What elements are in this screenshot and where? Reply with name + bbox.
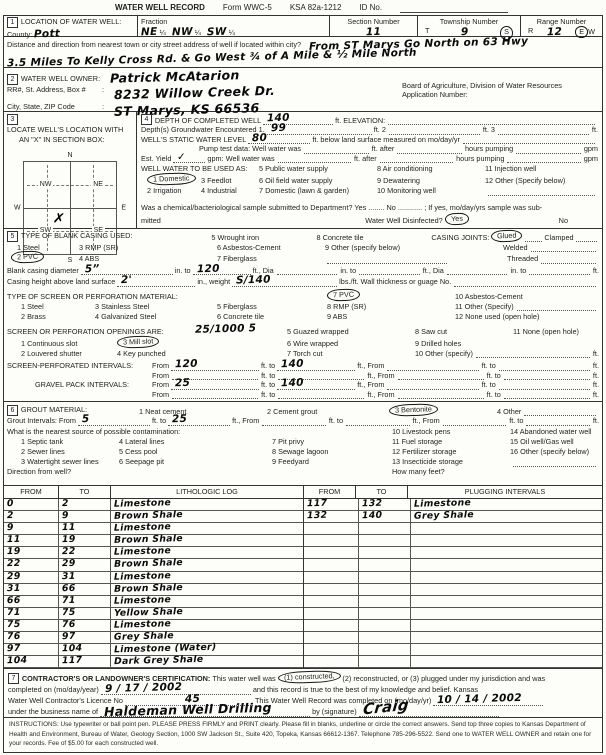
screen-option: 2 Brass <box>7 312 95 321</box>
table-cell <box>411 523 602 534</box>
section-1-title: LOCATION OF WATER WELL: <box>21 17 121 26</box>
table-cell: 76 <box>4 632 59 643</box>
gpi-from-blank: 25 <box>171 381 259 390</box>
table-row <box>304 596 602 608</box>
plug-rows: 117132Limestone132140Grey Shale <box>304 499 602 668</box>
gpi-to-value: 140 <box>281 377 304 391</box>
pump-t2: ft. after <box>372 144 395 153</box>
table-cell-value: 0 <box>7 498 14 510</box>
table-cell-value: 11 <box>62 522 76 534</box>
table-cell <box>411 559 602 570</box>
table-cell-value: 75 <box>7 619 21 631</box>
table-cell <box>304 584 359 595</box>
table-cell-value: 104 <box>7 655 28 668</box>
table-cell: 75 <box>4 620 59 631</box>
grout-option: 1 Neat cement <box>139 407 267 416</box>
screen-option: 6 Concrete tile <box>217 312 327 321</box>
table-cell: 31 <box>59 572 111 583</box>
table-cell-value: 132 <box>307 510 328 523</box>
instructions-text: INSTRUCTIONS: Use typewriter or ball poi… <box>4 718 602 752</box>
ft-to-label: ft. to <box>152 416 166 425</box>
gpi2-from-blank <box>387 381 478 390</box>
table-cell: 66 <box>59 584 111 595</box>
ft-to-label: ft. to <box>487 390 501 399</box>
casing-height-value: 2' <box>121 274 132 288</box>
openings-size-value: 25/1000 5 <box>195 322 257 337</box>
yield-t2: ft. after <box>354 154 377 163</box>
ft-to-label: ft. to <box>261 380 275 389</box>
table-cell: Limestone <box>111 596 303 607</box>
id-number-blank <box>400 5 508 13</box>
disinfected-label: Water Well Disinfected? <box>365 216 442 225</box>
table-cell-value: 132 <box>362 498 383 511</box>
grout-to-blank: 25 <box>168 417 230 426</box>
distance-label: Distance and direction from nearest town… <box>7 40 301 49</box>
grout2-from-blank <box>262 417 326 426</box>
gpi4-from-blank <box>398 390 484 399</box>
diam-t6: ft. <box>593 266 599 275</box>
litho-from-header: FROM <box>4 486 59 498</box>
table-cell <box>304 644 359 655</box>
from-label: From <box>152 371 169 380</box>
static-date-blank <box>463 135 595 144</box>
table-cell-value: Dark Grey Shale <box>114 654 204 668</box>
ft-from-label: ft., From <box>367 371 394 380</box>
well-location-x-mark: ✗ <box>51 209 65 229</box>
section-5-casing: 5TYPE OF BLANK CASING USED: 5 Wrought ir… <box>4 229 602 402</box>
table-cell: Limestone <box>411 499 602 510</box>
use-option: 9 Dewatering <box>377 176 485 185</box>
casing-title: TYPE OF BLANK CASING USED: <box>21 231 133 240</box>
gpi3-from-blank <box>172 390 258 399</box>
plug-intervals-header: PLUGGING INTERVALS <box>408 486 602 498</box>
table-cell <box>359 656 411 667</box>
section-number-label: Section Number <box>347 17 399 26</box>
height-t2: lbs./ft. Wall thickness or guage No. <box>339 277 451 286</box>
plug-to-header: TO <box>356 486 408 498</box>
gpi4-to-blank <box>504 390 590 399</box>
table-cell: 104 <box>59 644 111 655</box>
table-cell <box>359 644 411 655</box>
table-row: 2931Limestone <box>4 572 303 584</box>
ft-to-label: ft. to <box>487 371 501 380</box>
contamination-option: 14 Abandoned water well <box>510 427 592 436</box>
diam-t1: in. to <box>175 266 191 275</box>
elevation-label: ft. ELEVATION: <box>335 116 385 125</box>
section-7-certification: 7 CONTRACTOR'S OR LANDOWNER'S CERTIFICAT… <box>4 669 602 718</box>
signature-blank: Craig <box>359 708 499 717</box>
yield-ft-blank <box>278 154 351 163</box>
est-yield-label: Est. Yield <box>141 154 171 163</box>
ft-to-label: ft. to <box>482 361 496 370</box>
table-cell <box>359 559 411 570</box>
contamination-option: 13 Insecticide storage <box>392 457 510 466</box>
table-cell <box>411 547 602 558</box>
dia2-blank <box>277 266 338 275</box>
contamination-option: 6 Seepage pit <box>119 457 272 466</box>
opening-option: 2 Louvered shutter <box>7 349 117 358</box>
table-cell <box>411 596 602 607</box>
table-cell <box>359 632 411 643</box>
grout-other-blank <box>524 407 596 416</box>
table-cell: 29 <box>59 559 111 570</box>
opening-option: 10 Other (specify) <box>415 349 473 358</box>
screen-option: 12 None used (open hole) <box>455 312 539 321</box>
screen-option: 3 Stainless Steel <box>95 302 217 311</box>
contamination-option: 5 Cess pool <box>119 447 272 456</box>
ft-label: ft. <box>593 371 599 380</box>
table-cell <box>359 596 411 607</box>
table-cell-value: 75 <box>62 607 76 619</box>
dia3-blank <box>447 266 508 275</box>
fraction-cell: Fraction NE ¼ NW ¼ SW ¼ <box>137 16 329 36</box>
table-cell-value: 117 <box>62 655 83 668</box>
section-6-grout: 6GROUT MATERIAL: 1 Neat cement 2 Cement … <box>4 402 602 486</box>
screen-option: 9 ABS <box>327 312 455 321</box>
table-cell: 117 <box>59 656 111 667</box>
township-cell: Township Number T 9 S <box>417 16 520 36</box>
ft-to-label: ft. to <box>329 416 343 425</box>
screen-material-title: TYPE OF SCREEN OR PERFORATION MATERIAL: <box>7 292 327 301</box>
grout-from-blank: 5 <box>78 417 150 426</box>
contamination-option: 3 Watertight sewer lines <box>7 457 119 466</box>
compass-east-label: E <box>121 204 126 213</box>
table-cell <box>411 620 602 631</box>
table-cell: 132 <box>359 499 411 510</box>
spi-from-value: 120 <box>175 358 198 372</box>
height-t1: in., weight <box>197 277 230 286</box>
compass-center-horizontal-line <box>24 208 116 209</box>
contamination-option: 16 Other (specify below) <box>510 447 589 456</box>
table-cell: Brown Shale <box>111 535 303 546</box>
static-level-label: WELL'S STATIC WATER LEVEL <box>141 135 246 144</box>
yield-gpm-blank <box>507 154 580 163</box>
table-cell: Brown Shale <box>111 584 303 595</box>
casing-option: 7 Fiberglass <box>217 254 325 263</box>
groundwater-3-label: ft. 3 <box>483 125 495 134</box>
table-cell: Limestone <box>111 523 303 534</box>
ft-label: ft. <box>593 380 599 389</box>
section-1-location: 1LOCATION OF WATER WELL: County: Pott Fr… <box>4 16 602 37</box>
table-row <box>304 572 602 584</box>
contamination-option: 4 Lateral lines <box>119 437 272 446</box>
dia3-to-blank <box>529 266 590 275</box>
table-cell-value: Grey Shale <box>114 630 174 644</box>
table-cell: 75 <box>59 608 111 619</box>
spi4-from-blank <box>398 371 484 380</box>
table-cell: 97 <box>59 632 111 643</box>
groundwater-3-blank <box>498 126 589 135</box>
contamination-option: 1 Septic tank <box>7 437 119 446</box>
ft-to-label: ft. to <box>261 371 275 380</box>
table-cell <box>411 608 602 619</box>
agency-label: Board of Agriculture, Division of Water … <box>402 81 599 90</box>
ft-label: ft. <box>593 361 599 370</box>
opening-other-blank <box>476 349 590 358</box>
table-cell <box>359 608 411 619</box>
completed-date-blank: 9 / 17 / 2002 <box>101 686 251 695</box>
from-label: From <box>152 390 169 399</box>
county-cell: 1LOCATION OF WATER WELL: County: Pott <box>4 16 137 36</box>
ft-from-label: ft., From <box>232 416 259 425</box>
section-3-4-block: 3LOCATE WELL'S LOCATION WITH AN "X" IN S… <box>4 112 602 229</box>
table-cell-value: 117 <box>307 498 328 511</box>
table-cell-value: 66 <box>7 595 21 607</box>
table-cell: 22 <box>59 547 111 558</box>
table-cell: 11 <box>4 535 59 546</box>
screen-option: 4 Galvanized Steel <box>95 312 217 321</box>
table-cell-value: 97 <box>7 643 21 655</box>
table-row <box>304 523 602 535</box>
opening-option: 11 None (open hole) <box>513 327 579 336</box>
range-west-option: W <box>588 27 595 36</box>
contamination-option: 2 Sewer lines <box>7 447 119 456</box>
table-cell: 2 <box>59 499 111 510</box>
table-cell: 29 <box>4 572 59 583</box>
table-cell: 22 <box>4 559 59 570</box>
joint-clamped-option: Clamped <box>544 233 573 242</box>
table-cell: 9 <box>4 523 59 534</box>
table-cell: Limestone <box>111 620 303 631</box>
table-cell <box>304 535 359 546</box>
table-row <box>304 656 602 668</box>
cert-line4-a: under the business name of <box>8 707 98 716</box>
table-cell: 97 <box>4 644 59 655</box>
table-cell-value: Limestone <box>114 594 171 608</box>
contamination-option: 10 Livestock pens <box>392 427 510 436</box>
gpi-to-blank: 140 <box>277 381 355 390</box>
plug-from-header: FROM <box>304 486 356 498</box>
joint-glued-circled: Glued <box>491 229 523 243</box>
table-cell: Brown Shale <box>111 559 303 570</box>
table-cell: 117 <box>304 499 359 510</box>
casing-option: 8 Concrete tile <box>317 233 432 242</box>
table-cell-value: 76 <box>62 619 76 631</box>
contamination-other-blank <box>513 458 596 467</box>
table-cell <box>411 656 602 667</box>
static-level-value: 80 <box>252 131 268 145</box>
table-row <box>304 559 602 571</box>
table-cell: 11 <box>59 523 111 534</box>
section-3-title-2: AN "X" IN SECTION BOX: <box>19 135 104 144</box>
constructed-circled: (1) constructed, <box>277 670 340 685</box>
table-cell: 0 <box>4 499 59 510</box>
range-label: Range Number <box>537 17 586 26</box>
table-cell-value: 104 <box>62 643 83 656</box>
plugging-intervals-table: FROM TO PLUGGING INTERVALS 117132Limesto… <box>304 486 602 668</box>
screen-pvc-circled: 7 PVC <box>327 288 361 302</box>
table-cell <box>359 523 411 534</box>
table-cell: 140 <box>359 511 411 522</box>
table-cell-value: 29 <box>62 558 76 570</box>
log-tables: FROM TO LITHOLOGIC LOG 02Limestone29Brow… <box>4 486 602 669</box>
casing-to-value: 120 <box>196 262 219 276</box>
table-cell-value: Limestone <box>114 570 171 584</box>
opening-option: 1 Continuous slot <box>7 339 117 348</box>
distance-value-line2: 3.5 Miles To Kelly Cross Rd. & Go West ¾… <box>7 46 417 70</box>
table-cell <box>359 572 411 583</box>
use-option: 6 Oil field water supply <box>259 176 377 185</box>
fraction-label: Fraction <box>141 17 167 26</box>
table-cell-value: 19 <box>7 546 21 558</box>
spi-to-value: 140 <box>281 358 304 372</box>
form-number: Form WWC-5 <box>223 3 272 13</box>
ksa-statute: KSA 82a-1212 <box>290 3 342 13</box>
wall-thickness-blank <box>454 278 596 287</box>
use-option: 10 Monitoring well <box>377 186 485 195</box>
pump-gpm-blank <box>516 145 581 154</box>
contamination-option: 15 Oil well/Gas well <box>510 437 574 446</box>
section-4-number: 4 <box>141 114 152 125</box>
table-cell: 71 <box>4 608 59 619</box>
table-cell <box>411 535 602 546</box>
table-row <box>304 632 602 644</box>
contamination-option: 9 Feedyard <box>272 457 392 466</box>
ft-from-label: ft., From <box>367 390 394 399</box>
weight-value: S/140 <box>236 274 271 289</box>
completed-date-value: 9 / 17 / 2002 <box>105 681 183 697</box>
monitoring-blank <box>488 187 595 196</box>
section-3-locate: 3LOCATE WELL'S LOCATION WITH AN "X" IN S… <box>4 112 137 228</box>
table-row: 104117Dark Grey Shale <box>4 656 303 668</box>
static-level-blank: 80 <box>248 135 310 144</box>
casing-height-label: Casing height above land surface <box>7 277 115 286</box>
casing-pvc-circled: 2 PVC <box>11 251 45 265</box>
signature-value: Craig <box>362 696 410 721</box>
diam-t3: in. to <box>340 266 356 275</box>
table-cell: 31 <box>4 584 59 595</box>
sample-question: Was a chemical/bacteriological sample su… <box>141 203 542 212</box>
litho-log-header: LITHOLOGIC LOG <box>111 486 303 498</box>
grout-to-value: 25 <box>172 413 188 427</box>
use-option: 8 Air conditioning <box>377 164 485 173</box>
section-6-number: 6 <box>7 405 18 416</box>
table-row <box>304 608 602 620</box>
application-number-label: Application Number: <box>402 90 599 99</box>
form-header: WATER WELL RECORD Form WWC-5 KSA 82a-121… <box>0 0 606 14</box>
handwritten-check-mark: ✓ <box>177 151 186 165</box>
table-cell <box>359 547 411 558</box>
opening-option: 4 Key punched <box>117 349 287 358</box>
table-cell-value: 97 <box>62 631 76 643</box>
depth-completed-label: DEPTH OF COMPLETED WELL <box>155 116 261 125</box>
table-cell-value: 31 <box>7 582 21 594</box>
table-cell-value: 66 <box>62 582 76 594</box>
contamination-option: 8 Sewage lagoon <box>272 447 392 456</box>
township-label: Township Number <box>440 17 498 26</box>
pump-ft-blank <box>304 145 369 154</box>
elevation-blank <box>388 116 595 125</box>
contamination-label: What is the nearest source of possible c… <box>7 427 392 436</box>
table-cell: 76 <box>59 620 111 631</box>
form-body: 1LOCATION OF WATER WELL: County: Pott Fr… <box>3 15 603 753</box>
casing-option: 5 Wrought iron <box>211 233 316 242</box>
id-number-label: ID No. <box>359 3 382 13</box>
grout-option: 2 Cement grout <box>267 407 389 416</box>
litho-rows: 02Limestone29Brown Shale911Limestone1119… <box>4 499 303 668</box>
dia2-to-blank <box>359 266 420 275</box>
screen-other-blank <box>517 302 596 311</box>
ft-from-label: ft., From <box>357 380 384 389</box>
clamped-blank <box>576 233 597 242</box>
ft-to-label: ft. to <box>482 380 496 389</box>
table-cell-value: 71 <box>7 607 21 619</box>
casing-joints-label: CASING JOINTS: <box>431 233 489 242</box>
address-label: RR#, St. Address, Box # <box>7 85 102 101</box>
casing-other-blank <box>327 255 447 264</box>
use-option: 4 Industrial <box>201 186 259 195</box>
use-option: 5 Public water supply <box>259 164 377 173</box>
table-cell-value: Brown Shale <box>114 558 183 572</box>
screen-intervals-label: SCREEN-PERFORATED INTERVALS: <box>7 361 152 370</box>
cert-line2-a: completed on (mo/day/year) <box>8 685 99 694</box>
grout3-from-blank <box>443 417 507 426</box>
screen-option: 11 Other (Specify) <box>455 302 514 311</box>
litho-to-header: TO <box>59 486 111 498</box>
screen-option: 5 Fiberglass <box>217 302 327 311</box>
diam-t5: in. to <box>510 266 526 275</box>
lithologic-log-table: FROM TO LITHOLOGIC LOG 02Limestone29Brow… <box>4 486 304 668</box>
table-cell-value: 31 <box>62 570 76 582</box>
ft-to-label: ft. to <box>261 390 275 399</box>
section-3-title-1: LOCATE WELL'S LOCATION WITH <box>7 125 123 134</box>
grout-from-value: 5 <box>82 413 90 427</box>
table-cell <box>304 620 359 631</box>
table-cell: Dark Grey Shale <box>111 656 303 667</box>
use-option: 12 Other (Specify below) <box>485 176 565 185</box>
ft-from-label: ft., From <box>413 416 440 425</box>
table-cell: 9 <box>59 511 111 522</box>
threaded-blank <box>541 255 596 264</box>
table-row <box>304 644 602 656</box>
table-cell: Yellow Shale <box>111 608 303 619</box>
yield-t0: gpm: <box>207 154 223 163</box>
record-date-value: 10 / 14 / 2002 <box>437 692 522 708</box>
from-label: From <box>152 361 169 370</box>
ft-to-label: ft. to <box>509 416 523 425</box>
table-cell: 19 <box>4 547 59 558</box>
table-cell-value: 2 <box>62 498 69 510</box>
groundwater-1-value: 99 <box>271 122 287 136</box>
table-cell <box>304 559 359 570</box>
cert-line4-b: by (signature) <box>312 707 357 716</box>
screen-option: 1 Steel <box>7 302 95 311</box>
pump-t1: Well water was <box>252 144 301 153</box>
use-option: 11 Injection well <box>485 164 536 173</box>
pump-hours-blank <box>397 145 462 154</box>
screen-option: 8 RMP (SR) <box>327 302 455 311</box>
yield-t4: gpm <box>584 154 598 163</box>
from-label: From <box>59 416 76 425</box>
table-cell-value: 9 <box>7 522 14 534</box>
section-2-title: WATER WELL OWNER: <box>21 74 100 83</box>
section-number-cell: Section Number 11 <box>329 16 417 36</box>
table-cell <box>304 656 359 667</box>
table-cell-value: 71 <box>62 595 76 607</box>
ft-label: ft. <box>593 390 599 399</box>
cert-line1-b: (2) reconstructed, or (3) plugged under … <box>342 674 545 683</box>
ft-label: ft. <box>592 125 598 134</box>
table-cell: 104 <box>4 656 59 667</box>
cert-line1-a: This water well was <box>212 674 275 683</box>
table-cell-value: Brown Shale <box>114 582 183 596</box>
pump-test-label: Pump test data: <box>199 144 250 153</box>
grout-bentonite-circled: 3 Bentonite <box>389 403 438 417</box>
table-cell-value: 19 <box>62 534 76 546</box>
form-title: WATER WELL RECORD <box>115 3 205 13</box>
table-row: 132140Grey Shale <box>304 511 602 523</box>
table-cell: 66 <box>4 596 59 607</box>
